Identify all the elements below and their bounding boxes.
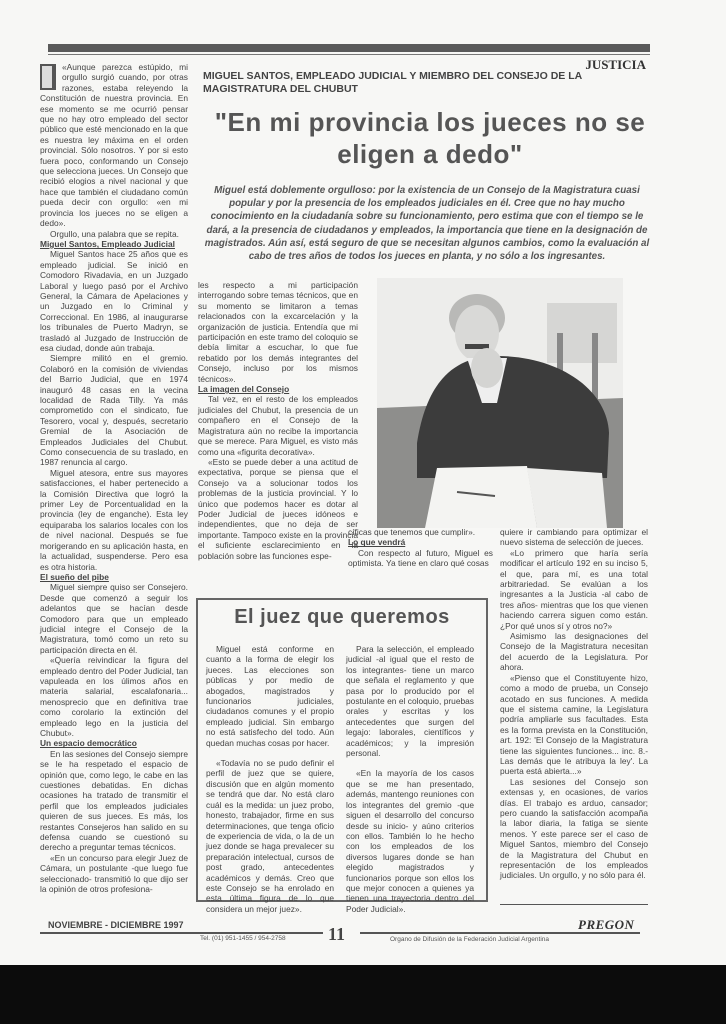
paragraph: Para la selección, el empleado judicial …	[346, 644, 474, 758]
paragraph: Con respecto al futuro, Miguel es optimi…	[348, 548, 493, 569]
paragraph: cíficas que tenemos que cumplir».	[348, 527, 493, 537]
top-rule-bar	[48, 44, 650, 52]
kicker: MIGUEL SANTOS, EMPLEADO JUDICIAL Y MIEMB…	[203, 70, 583, 96]
phone-number: Tel. (01) 951-1455 / 954-2758	[200, 935, 286, 942]
paragraph: «Pienso que el Constituyente hizo, como …	[500, 673, 648, 777]
person-photo-icon	[377, 278, 623, 528]
paragraph: Miguel está conforme en cuanto a la form…	[206, 644, 334, 748]
pregon-logo: PREGON	[578, 917, 634, 933]
deck: Miguel está doblemente orgulloso: por la…	[203, 184, 651, 263]
dropcap-icon	[40, 64, 56, 90]
headline: "En mi provincia los jueces no se eligen…	[200, 106, 660, 170]
publisher-tagline: Organo de Difusión de la Federación Judi…	[390, 936, 549, 943]
scan-edge-bar	[0, 965, 726, 1024]
paragraph: «Quería reivindicar la figura del emplea…	[40, 655, 188, 738]
paragraph: «Esto se puede deber a una actitud de ex…	[198, 457, 358, 561]
paragraph: Tal vez, en el resto de los empleados ju…	[198, 394, 358, 456]
paragraph: Miguel atesora, entre sus mayores satisf…	[40, 468, 188, 572]
subheading: Un espacio democrático	[40, 738, 188, 748]
footer-rule-left	[40, 932, 323, 934]
paragraph: Siempre militó en el gremio. Colaboró en…	[40, 353, 188, 467]
paragraph: quiere ir cambiando para optimizar el nu…	[500, 527, 648, 548]
sidebar-box: El juez que queremos Miguel está conform…	[196, 598, 488, 902]
paragraph: les respecto a mi participación interrog…	[198, 280, 358, 384]
issue-date: NOVIEMBRE - DICIEMBRE 1997	[48, 920, 184, 930]
subheading: La imagen del Consejo	[198, 384, 358, 394]
sidebar-column-right: Para la selección, el empleado judicial …	[346, 644, 474, 924]
column-1: «Aunque parezca estúpido, mi orgullo sur…	[40, 62, 188, 895]
paragraph: Orgullo, una palabra que se repita.	[40, 229, 188, 239]
subheading: Miguel Santos, Empleado Judicial	[40, 239, 188, 249]
section-label: JUSTICIA	[585, 57, 646, 73]
paragraph: Miguel siempre quiso ser Consejero. Desd…	[40, 582, 188, 655]
paragraph: Las sesiones del Consejo son extensas y,…	[500, 777, 648, 881]
paragraph: Asimismo las designaciones del Consejo d…	[500, 631, 648, 673]
portrait-photo	[377, 278, 623, 528]
paragraph: Miguel Santos hace 25 años que es emplea…	[40, 249, 188, 353]
page-number: 11	[328, 924, 345, 945]
column-2b: cíficas que tenemos que cumplir». Lo que…	[348, 527, 493, 569]
column-2: les respecto a mi participación interrog…	[198, 280, 358, 561]
paragraph: «Todavía no se pudo definir el perfil de…	[206, 758, 334, 914]
top-rule-line	[48, 54, 650, 55]
paragraph: «Lo primero que haría sería modificar el…	[500, 548, 648, 631]
paragraph: «En un concurso para elegir Juez de Cáma…	[40, 853, 188, 895]
paragraph: En las sesiones del Consejo siempre se l…	[40, 749, 188, 853]
subheading: El sueño del pibe	[40, 572, 188, 582]
paragraph: «Aunque parezca estúpido, mi orgullo sur…	[40, 62, 188, 229]
column-3: quiere ir cambiando para optimizar el nu…	[500, 527, 648, 881]
subheading: Lo que vendrá	[348, 537, 493, 547]
sidebar-column-left: Miguel está conforme en cuanto a la form…	[206, 644, 334, 924]
end-rule	[500, 904, 648, 905]
sidebar-title: El juez que queremos	[198, 606, 486, 629]
paragraph: «En la mayoría de los casos que se me ha…	[346, 768, 474, 914]
